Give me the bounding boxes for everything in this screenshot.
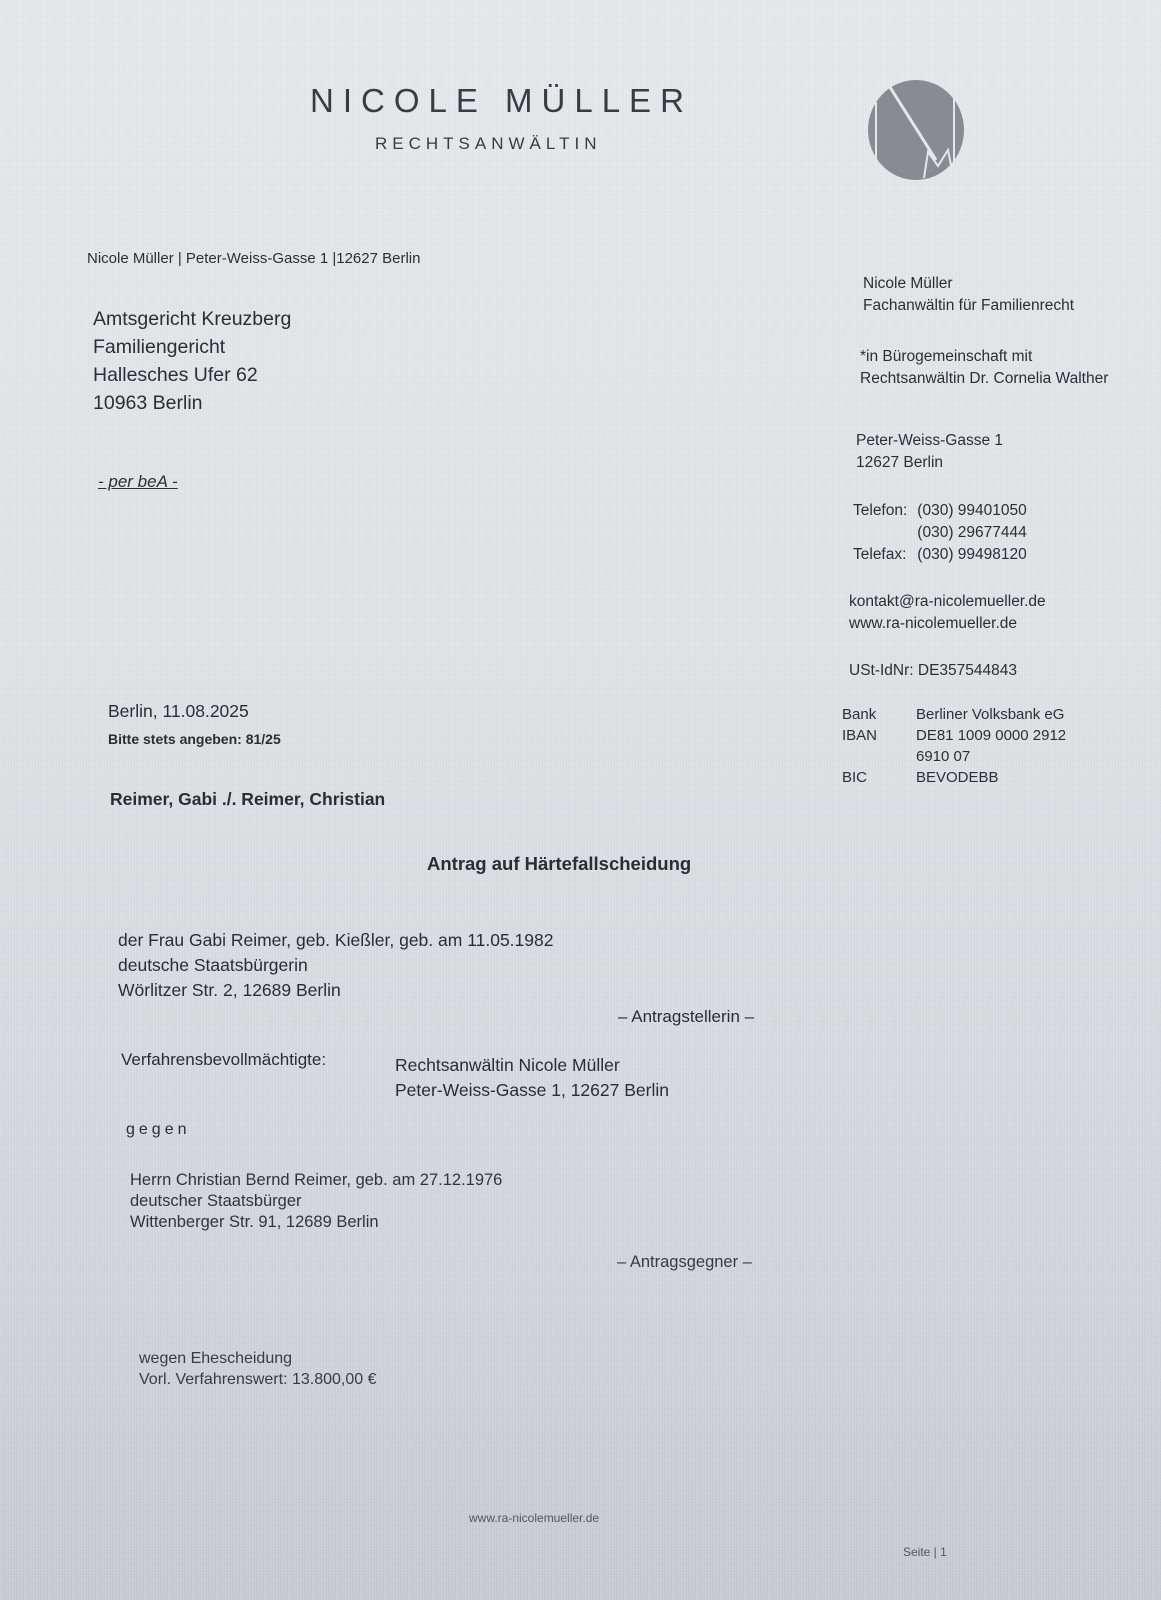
matter-block: wegen Ehescheidung Vorl. Verfahrenswert:…	[139, 1348, 376, 1390]
letter-date: Berlin, 11.08.2025	[108, 701, 249, 722]
recipient-line: Amtsgericht Kreuzberg	[93, 305, 291, 333]
respondent-line: Herrn Christian Bernd Reimer, geb. am 27…	[130, 1170, 502, 1191]
case-parties: Reimer, Gabi ./. Reimer, Christian	[110, 789, 385, 810]
phone-2: (030) 29677444	[917, 522, 1026, 544]
document-title: Antrag auf Härtefallscheidung	[427, 853, 691, 875]
bank-label: Bank	[842, 704, 916, 725]
sidebar-online: kontakt@ra-nicolemueller.de www.ra-nicol…	[849, 591, 1046, 635]
note-line: Rechtsanwältin Dr. Cornelia Walther	[860, 368, 1108, 390]
recipient-line: Familiengericht	[93, 333, 291, 361]
phone-label: Telefon:	[853, 500, 917, 522]
representative-block: Rechtsanwältin Nicole Müller Peter-Weiss…	[395, 1053, 669, 1103]
sidebar-street: Peter-Weiss-Gasse 1	[856, 430, 1003, 452]
page-number: Seite | 1	[903, 1545, 947, 1559]
sidebar-lawyer: Nicole Müller Fachanwältin für Familienr…	[863, 273, 1074, 317]
sidebar-specialty: Fachanwältin für Familienrecht	[863, 295, 1074, 317]
delivery-note: - per beA -	[98, 472, 178, 492]
iban-line-2: 6910 07	[916, 746, 1066, 767]
sender-return-address: Nicole Müller | Peter-Weiss-Gasse 1 |126…	[87, 250, 420, 267]
letterhead-name: NICOLE MÜLLER	[310, 82, 693, 120]
bank-details: BankBerliner Volksbank eG IBANDE81 1009 …	[842, 704, 1066, 788]
letter-page: NICOLE MÜLLER RECHTSANWÄLTIN Nicole Müll…	[0, 0, 1161, 1600]
matter: wegen Ehescheidung	[139, 1348, 376, 1369]
email-link[interactable]: kontakt@ra-nicolemueller.de	[849, 591, 1046, 613]
reference-number: Bitte stets angeben: 81/25	[108, 731, 281, 747]
vat-id: USt-IdNr: DE357544843	[849, 660, 1017, 682]
applicant-line: Wörlitzer Str. 2, 12689 Berlin	[118, 978, 553, 1003]
footer-website: www.ra-nicolemueller.de	[469, 1511, 599, 1525]
representative-line: Peter-Weiss-Gasse 1, 12627 Berlin	[395, 1078, 669, 1103]
nm-monogram-logo-icon	[866, 80, 966, 180]
website-link[interactable]: www.ra-nicolemueller.de	[849, 613, 1046, 635]
respondent-line: deutscher Staatsbürger	[130, 1191, 502, 1212]
applicant-role: – Antragstellerin –	[618, 1007, 754, 1027]
sidebar-contact-numbers: Telefon:(030) 99401050 (030) 29677444 Te…	[853, 500, 1027, 566]
bic-label: BIC	[842, 767, 916, 788]
recipient-line: Hallesches Ufer 62	[93, 361, 291, 389]
fax-number: (030) 99498120	[917, 544, 1026, 566]
recipient-address: Amtsgericht Kreuzberg Familiengericht Ha…	[93, 305, 291, 417]
phone-1: (030) 99401050	[917, 500, 1026, 522]
note-line: *in Bürogemeinschaft mit	[860, 346, 1108, 368]
letterhead-subtitle: RECHTSANWÄLTIN	[375, 134, 601, 154]
sidebar-address: Peter-Weiss-Gasse 1 12627 Berlin	[856, 430, 1003, 474]
fax-label: Telefax:	[853, 544, 917, 566]
against-label: gegen	[126, 1121, 191, 1139]
procedure-value: Vorl. Verfahrenswert: 13.800,00 €	[139, 1369, 376, 1390]
representative-label: Verfahrensbevollmächtigte:	[121, 1050, 326, 1070]
applicant-line: deutsche Staatsbürgerin	[118, 953, 553, 978]
bank-name: Berliner Volksbank eG	[916, 704, 1066, 725]
respondent-line: Wittenberger Str. 91, 12689 Berlin	[130, 1212, 502, 1233]
applicant-line: der Frau Gabi Reimer, geb. Kießler, geb.…	[118, 928, 553, 953]
sidebar-partnership-note: *in Bürogemeinschaft mit Rechtsanwältin …	[860, 346, 1108, 390]
recipient-line: 10963 Berlin	[93, 389, 291, 417]
respondent-role: – Antragsgegner –	[617, 1253, 752, 1272]
iban-label: IBAN	[842, 725, 916, 746]
representative-line: Rechtsanwältin Nicole Müller	[395, 1053, 669, 1078]
respondent-block: Herrn Christian Bernd Reimer, geb. am 27…	[130, 1170, 502, 1233]
applicant-block: der Frau Gabi Reimer, geb. Kießler, geb.…	[118, 928, 553, 1003]
iban-line-1: DE81 1009 0000 2912	[916, 725, 1066, 746]
bic-value: BEVODEBB	[916, 767, 1066, 788]
sidebar-name: Nicole Müller	[863, 273, 1074, 295]
sidebar-city: 12627 Berlin	[856, 452, 1003, 474]
